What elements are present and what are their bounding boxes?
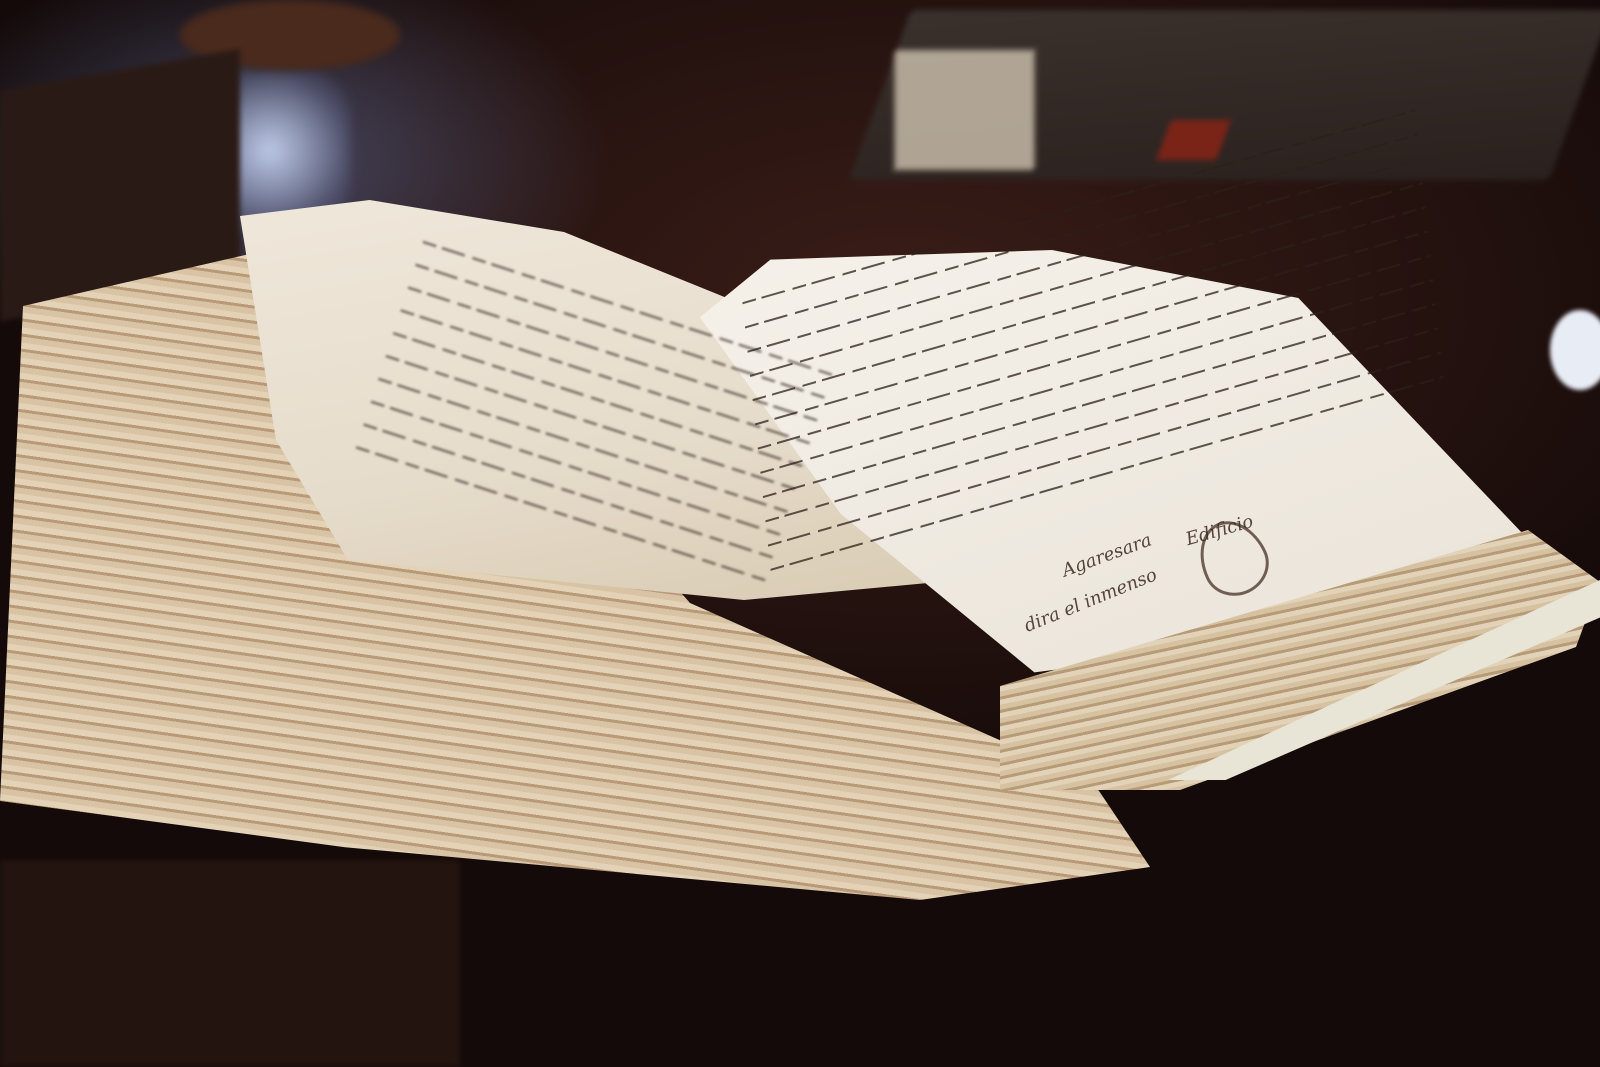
photo-scene: Agaresara Edificio dira el inmenso (0, 0, 1600, 1067)
book-page-edge (895, 50, 1035, 170)
